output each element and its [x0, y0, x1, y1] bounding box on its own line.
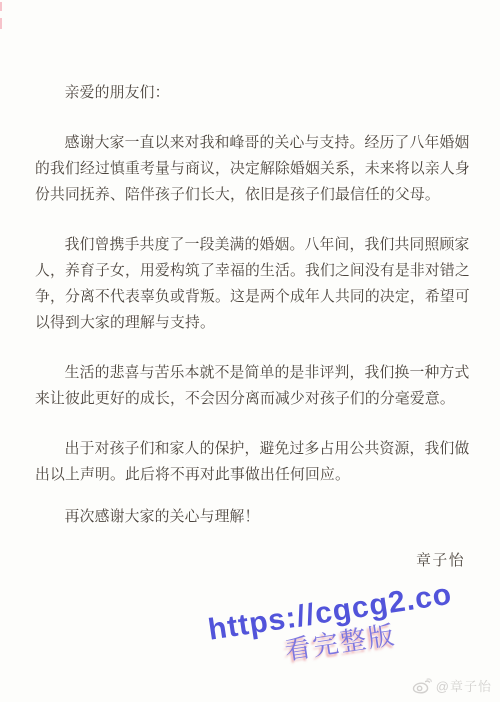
signature: 章子怡 [35, 548, 465, 574]
paragraph-3: 生活的悲喜与苦乐本就不是简单的是非评判，我们换一种方式 来让彼此更好的成长，不会… [35, 360, 465, 412]
closing-line: 出于对孩子们和家人的保护，避免过多占用公共资源，我们做 出以上声明。此后将不再对… [35, 436, 465, 488]
statement-letter-page: 亲爱的朋友们： 感谢大家一直以来对我和峰哥的关心与支持。经历了八年婚姻 的我们经… [0, 0, 500, 702]
paragraph-2: 我们曾携手共度了一段美满的婚姻。八年间，我们共同照顾家 人，养育子女，用爱构筑了… [35, 232, 465, 336]
thanks-line: 再次感谢大家的关心与理解！ [35, 504, 465, 530]
paragraph-1: 感谢大家一直以来对我和峰哥的关心与支持。经历了八年婚姻 的我们经过慎重考量与商议… [35, 130, 465, 208]
weibo-watermark: @章子怡 [412, 676, 492, 695]
weibo-icon [412, 678, 432, 694]
weibo-handle: @章子怡 [436, 676, 492, 695]
greeting-line: 亲爱的朋友们： [35, 80, 465, 106]
letter-body: 亲爱的朋友们： 感谢大家一直以来对我和峰哥的关心与支持。经历了八年婚姻 的我们经… [0, 0, 500, 574]
